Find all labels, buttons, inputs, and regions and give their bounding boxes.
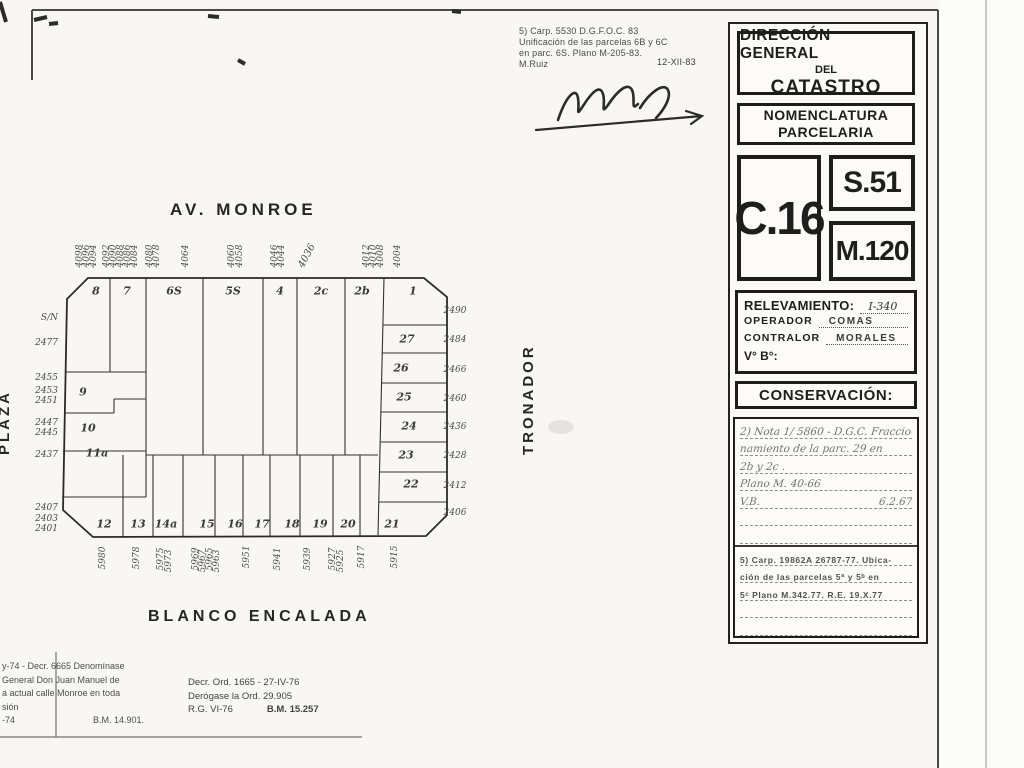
- operador-value: COMAS: [819, 316, 908, 328]
- street-number-left: 2407: [35, 503, 58, 513]
- conservacion-note-line: V.B.: [740, 496, 761, 508]
- title-block-panel: DIRECCIÓN GENERAL DEL CATASTRO NOMENCLAT…: [728, 22, 928, 644]
- parcel-number: 13: [130, 518, 145, 531]
- parcel-number: 24: [401, 420, 416, 433]
- parcel-number: 14a: [155, 518, 177, 531]
- seccion-code: S.51: [843, 166, 901, 200]
- street-number-right: 2436: [444, 422, 467, 432]
- parcel-number: 26: [393, 362, 408, 375]
- footer-line: sión: [2, 701, 198, 715]
- street-number-left: 2453: [35, 386, 58, 396]
- footer-line: R.G. VI-76: [188, 703, 233, 717]
- annotation-line: M.Ruiz: [519, 59, 749, 70]
- street-number-top: 4064: [181, 245, 191, 268]
- street-label-av-monroe: AV. MONROE: [170, 200, 317, 220]
- street-number-left: 2437: [35, 450, 58, 460]
- street-number-top: 4004: [393, 245, 403, 268]
- agency-line: DIRECCIÓN GENERAL: [740, 27, 912, 63]
- street-number-right: 2406: [444, 508, 467, 518]
- conservacion-note-line: 2) Nota 1/ 5860 - D.G.C. Fraccio-: [740, 426, 912, 438]
- street-number-left: 2455: [35, 373, 58, 383]
- visto-bueno-label: V° B°:: [744, 349, 778, 363]
- top-annotation: 5) Carp. 5530 D.G.F.O.C. 83 Unificación …: [519, 26, 749, 70]
- operador-label: OPERADOR: [744, 315, 813, 327]
- street-number-top: 4058: [235, 245, 245, 268]
- street-number-left: 2447: [35, 418, 58, 428]
- parcel-number: 2c: [314, 285, 328, 298]
- relevamiento-label: RELEVAMIENTO:: [744, 298, 854, 313]
- paper-margin: [940, 0, 1024, 768]
- street-number-top: 4044: [277, 245, 287, 268]
- manzana-box: M.120: [829, 221, 915, 281]
- street-number-bottom: 5963: [212, 550, 222, 573]
- annotation-line: en parc. 6S. Plano M-205-83.: [519, 48, 749, 59]
- contralor-label: CONTRALOR: [744, 332, 820, 344]
- parcel-number: 11a: [86, 447, 108, 460]
- conservacion-note-line: 2b y 2c .: [740, 461, 786, 473]
- street-number-bottom: 5951: [242, 546, 252, 569]
- doc-type-line: NOMENCLATURA: [764, 107, 889, 124]
- parcel-number: 22: [403, 478, 418, 491]
- street-number-bottom: 5925: [336, 550, 346, 573]
- annotation-line: Unificación de las parcelas 6B y 6C: [519, 37, 749, 48]
- parcel-number: 6S: [166, 285, 182, 298]
- street-number-right: 2460: [444, 394, 467, 404]
- conservacion-notes-box: 2) Nota 1/ 5860 - D.G.C. Fraccio- namien…: [733, 417, 919, 638]
- annotation-line: 5) Carp. 5530 D.G.F.O.C. 83: [519, 26, 749, 37]
- street-number-right: 2466: [444, 365, 467, 375]
- circunscripcion-code: C.16: [734, 191, 823, 245]
- parcel-number: 9: [79, 386, 87, 399]
- parcel-number: 23: [398, 449, 413, 462]
- parcel-number: 20: [340, 518, 355, 531]
- conservacion-note-date: 6.2.67: [878, 496, 912, 508]
- manzana-code: M.120: [836, 235, 909, 267]
- contralor-value: MORALES: [826, 333, 908, 345]
- parcel-number: 27: [399, 333, 414, 346]
- street-label-plaza: PLAZA: [0, 390, 13, 455]
- parcel-number: 2b: [354, 285, 369, 298]
- street-number-bottom: 5978: [132, 547, 142, 570]
- street-number-right: 2490: [444, 306, 467, 316]
- street-number-left: 2477: [35, 338, 58, 348]
- footer-line: a actual calle Monroe en toda: [2, 687, 198, 701]
- street-number-right: 2412: [444, 481, 467, 491]
- footer-bm-number: B.M. 15.257: [267, 703, 319, 717]
- parcel-number: 19: [312, 518, 327, 531]
- scanned-cadastral-document: { "doc": { "header_note": { "line1": "5)…: [0, 0, 1024, 768]
- circunscripcion-box: C.16: [737, 155, 821, 281]
- conservacion-note-line: 5) Carp. 19862A 26787-77. Ubica-: [740, 555, 892, 565]
- street-label-tronador: TRONADOR: [520, 344, 537, 455]
- relevamiento-box: RELEVAMIENTO: I-340 OPERADOR COMAS CONTR…: [735, 290, 917, 374]
- street-number-left: S/N: [41, 313, 58, 323]
- parcel-number: 17: [254, 518, 269, 531]
- parcel-number: 21: [384, 518, 399, 531]
- street-number-bottom: 5973: [164, 550, 174, 573]
- parcel-number: 7: [123, 285, 131, 298]
- street-number-bottom: 5915: [390, 546, 400, 569]
- notes-divider: [735, 545, 917, 547]
- agency-name-box: DIRECCIÓN GENERAL DEL CATASTRO: [737, 31, 915, 95]
- conservacion-label: CONSERVACIÓN:: [759, 387, 893, 404]
- street-number-top: 4084: [130, 245, 140, 268]
- street-number-bottom: 5917: [357, 546, 367, 569]
- parcel-number: 16: [227, 518, 242, 531]
- footer-bm-number: B.M. 14.901.: [93, 714, 144, 728]
- parcel-number: 1: [409, 285, 417, 298]
- scan-smudge: [548, 420, 574, 434]
- doc-type-line: PARCELARIA: [778, 124, 874, 141]
- annotation-date: 12-XII-83: [657, 57, 696, 68]
- street-number-bottom: 5980: [98, 547, 108, 570]
- footer-middle-note: Decr. Ord. 1665 - 27-IV-76 Derógase la O…: [188, 676, 368, 717]
- parcel-number: 12: [96, 518, 111, 531]
- parcel-number: 25: [396, 391, 411, 404]
- parcel-number: 18: [284, 518, 299, 531]
- document-type-box: NOMENCLATURA PARCELARIA: [737, 103, 915, 145]
- street-number-left: 2403: [35, 514, 58, 524]
- footer-line: Derógase la Ord. 29.905: [188, 690, 368, 704]
- footer-line: -74: [2, 714, 15, 728]
- conservacion-note-line: 5ᶜ Plano M.342.77. R.E. 19.X.77: [740, 590, 883, 600]
- conservacion-header-box: CONSERVACIÓN:: [735, 381, 917, 409]
- street-label-blanco-encalada: BLANCO ENCALADA: [148, 608, 371, 626]
- conservacion-note-line: ción de las parcelas 5ª y 5ᵇ en: [740, 572, 879, 582]
- parcel-number: 5S: [225, 285, 241, 298]
- street-number-top: 4078: [152, 245, 162, 268]
- footer-line: Decr. Ord. 1665 - 27-IV-76: [188, 676, 368, 690]
- street-number-bottom: 5941: [273, 548, 283, 571]
- parcel-number: 15: [199, 518, 214, 531]
- street-number-left: 2451: [35, 396, 58, 406]
- relevamiento-value: I-340: [860, 300, 908, 314]
- footer-left-note: y-74 - Decr. 6665 Denomínase General Don…: [2, 660, 198, 728]
- conservacion-note-line: namiento de la parc. 29 en: [740, 443, 883, 455]
- seccion-box: S.51: [829, 155, 915, 211]
- street-number-left: 2401: [35, 524, 58, 534]
- parcel-number: 8: [92, 285, 100, 298]
- footer-line: y-74 - Decr. 6665 Denomínase: [2, 660, 198, 674]
- street-number-top: 4008: [376, 245, 386, 268]
- street-number-right: 2484: [444, 335, 467, 345]
- conservacion-note-line: Plano M. 40-66: [740, 478, 821, 490]
- street-number-right: 2428: [444, 451, 467, 461]
- agency-line: DEL: [815, 64, 837, 76]
- parcel-number: 4: [276, 285, 284, 298]
- footer-line: General Don Juan Manuel de: [2, 674, 198, 688]
- street-number-bottom: 5939: [303, 548, 313, 571]
- street-number-left: 2445: [35, 428, 58, 438]
- street-number-top: 4094: [89, 245, 99, 268]
- agency-line: CATASTRO: [771, 77, 882, 99]
- parcel-number: 10: [80, 422, 95, 435]
